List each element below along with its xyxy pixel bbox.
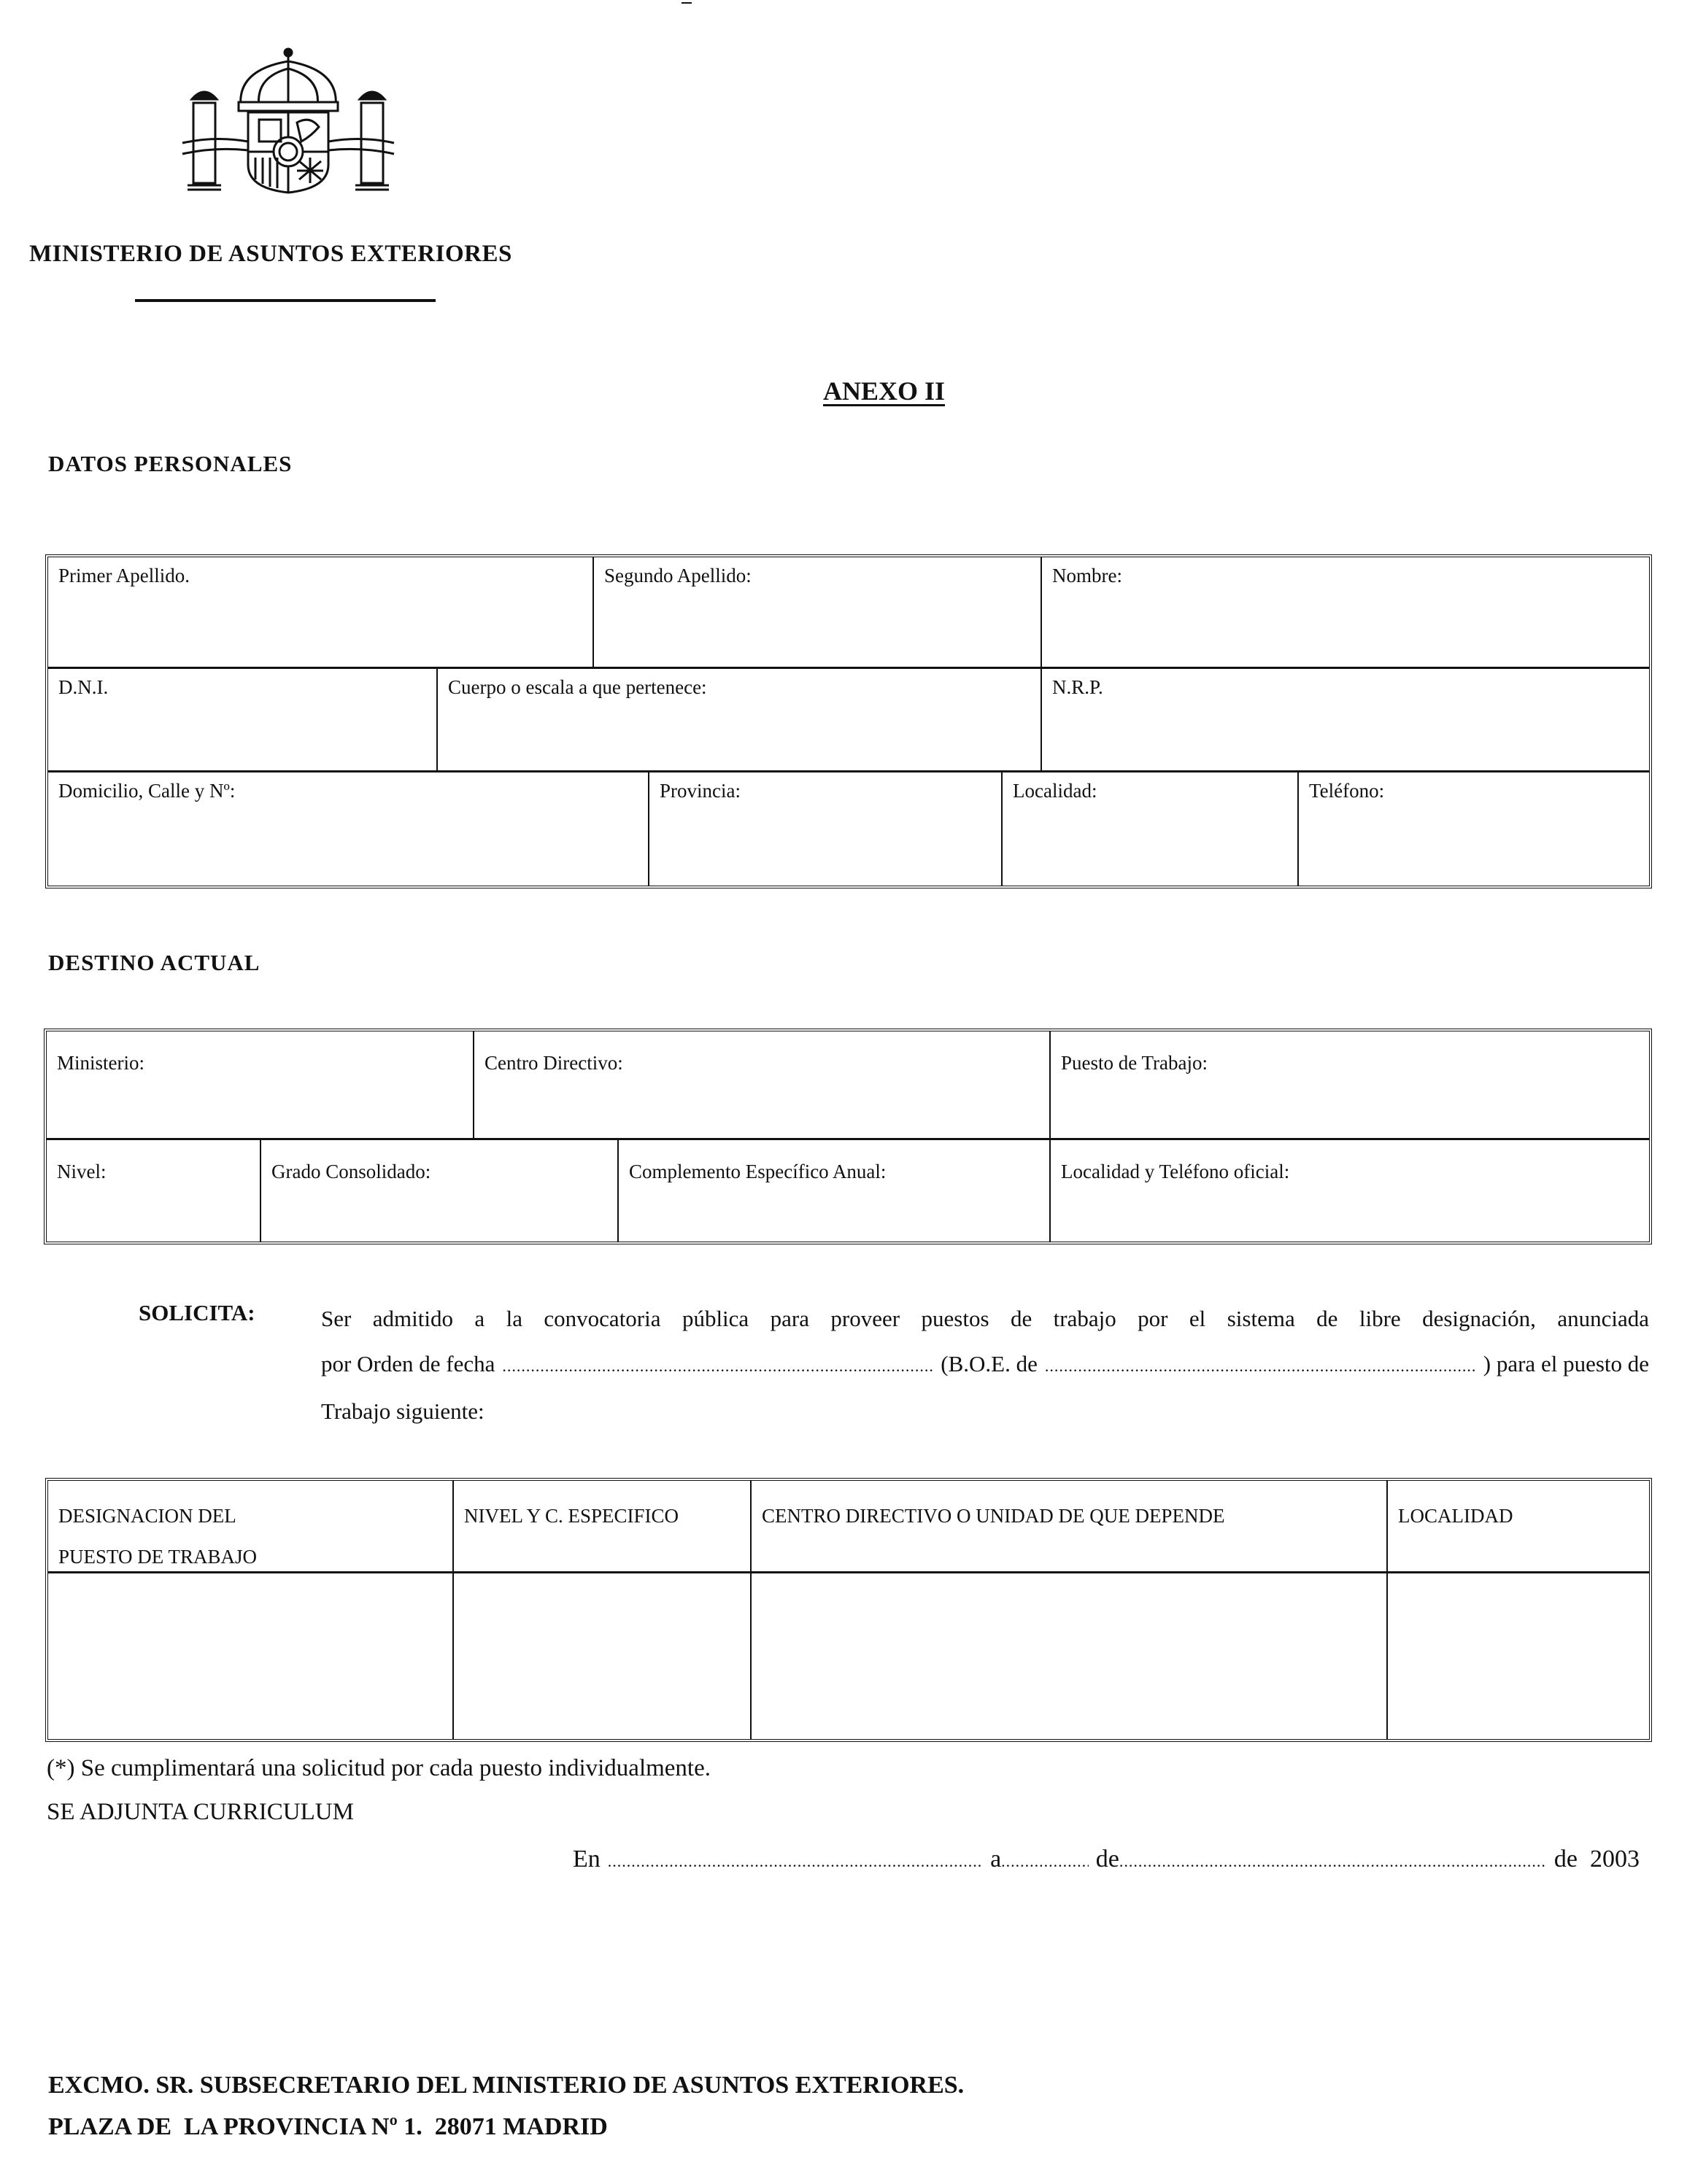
field-puesto-trabajo[interactable]: Puesto de Trabajo: (1049, 1031, 1649, 1138)
header-text: DESIGNACION DEL (58, 1495, 442, 1536)
field-label: D.N.I. (58, 676, 108, 698)
date-line: En .....................................… (573, 1846, 1640, 1873)
orden-fecha-label: por Orden de fecha (321, 1341, 495, 1387)
day-blank[interactable]: ........................................… (1001, 1852, 1089, 1871)
field-label: Ministerio: (57, 1052, 144, 1074)
field-provincia[interactable]: Provincia: (648, 770, 1001, 886)
header-text: NIVEL Y C. ESPECIFICO (464, 1505, 679, 1527)
field-label: Provincia: (660, 780, 741, 802)
header-text: CENTRO DIRECTIVO O UNIDAD DE QUE DEPENDE (762, 1505, 1224, 1527)
header-centro-directivo: CENTRO DIRECTIVO O UNIDAD DE QUE DEPENDE (750, 1481, 1386, 1571)
input-designacion[interactable] (48, 1571, 452, 1739)
personal-data-table: Primer Apellido. Segundo Apellido: Nombr… (45, 554, 1652, 888)
solicita-label: SOLICITA: (139, 1300, 255, 1326)
orden-fecha-blank[interactable]: ........................................… (502, 1344, 933, 1389)
field-label: Localidad: (1013, 780, 1097, 802)
field-domicilio[interactable]: Domicilio, Calle y Nº: (48, 770, 648, 886)
field-label: Localidad y Teléfono oficial: (1061, 1161, 1289, 1182)
boe-label: (B.O.E. de (941, 1341, 1038, 1387)
place-blank[interactable]: ........................................… (608, 1852, 983, 1871)
field-dni[interactable]: D.N.I. (48, 667, 436, 770)
solicita-paragraph: Ser admitido a la convocatoria pública p… (321, 1296, 1649, 1434)
boe-date-blank[interactable]: ........................................… (1045, 1344, 1476, 1389)
solicita-line-3: Trabajo siguiente: (321, 1389, 1649, 1434)
footnote: (*) Se cumplimentará una solicitud por c… (47, 1755, 711, 1782)
field-label: Cuerpo o escala a que pertenece: (448, 676, 707, 698)
solicita-line-1: Ser admitido a la convocatoria pública p… (321, 1296, 1649, 1341)
field-label: Grado Consolidado: (271, 1161, 431, 1182)
field-grado-consolidado[interactable]: Grado Consolidado: (260, 1138, 617, 1242)
field-label: Domicilio, Calle y Nº: (58, 780, 235, 802)
field-segundo-apellido[interactable]: Segundo Apellido: (592, 557, 1041, 667)
scan-mark (682, 2, 692, 4)
field-label: Nombre: (1052, 565, 1122, 586)
field-label: Complemento Específico Anual: (629, 1161, 886, 1182)
field-complemento-especifico[interactable]: Complemento Específico Anual: (617, 1138, 1049, 1242)
attachment-note: SE ADJUNTA CURRICULUM (47, 1799, 354, 1826)
date-en-label: En (573, 1846, 601, 1873)
field-localidad-telefono-oficial[interactable]: Localidad y Teléfono oficial: (1049, 1138, 1649, 1242)
ministry-name: MINISTERIO DE ASUNTOS EXTERIORES (29, 241, 512, 268)
input-localidad[interactable] (1386, 1571, 1649, 1739)
date-year-label: de 2003 (1554, 1846, 1640, 1873)
coat-of-arms-icon (179, 26, 398, 195)
field-primer-apellido[interactable]: Primer Apellido. (48, 557, 592, 667)
addressee-address: PLAZA DE LA PROVINCIA Nº 1. 28071 MADRID (48, 2113, 608, 2141)
date-de-label: de (1096, 1846, 1119, 1873)
header-localidad: LOCALIDAD (1386, 1481, 1649, 1571)
annex-title: ANEXO II (823, 376, 945, 406)
field-localidad[interactable]: Localidad: (1001, 770, 1297, 886)
field-centro-directivo[interactable]: Centro Directivo: (473, 1031, 1049, 1138)
input-centro-directivo[interactable] (750, 1571, 1386, 1739)
field-cuerpo-escala[interactable]: Cuerpo o escala a que pertenece: (436, 667, 1041, 770)
field-nombre[interactable]: Nombre: (1041, 557, 1649, 667)
addressee-title: EXCMO. SR. SUBSECRETARIO DEL MINISTERIO … (48, 2072, 964, 2099)
header-nivel: NIVEL Y C. ESPECIFICO (452, 1481, 750, 1571)
current-post-table: Ministerio: Centro Directivo: Puesto de … (44, 1029, 1652, 1244)
solicita-line-2: por Orden de fecha .....................… (321, 1341, 1649, 1389)
month-blank[interactable]: ........................................… (1119, 1852, 1547, 1871)
field-label: Primer Apellido. (58, 565, 190, 586)
ministry-underline (135, 299, 436, 302)
field-label: Teléfono: (1309, 780, 1384, 802)
header-text: LOCALIDAD (1398, 1505, 1513, 1527)
section-title-datos-personales: DATOS PERSONALES (48, 451, 292, 477)
field-telefono[interactable]: Teléfono: (1297, 770, 1649, 886)
header-designacion: DESIGNACION DEL PUESTO DE TRABAJO (48, 1481, 452, 1571)
section-title-destino-actual: DESTINO ACTUAL (48, 950, 260, 976)
requested-post-table: DESIGNACION DEL PUESTO DE TRABAJO NIVEL … (45, 1478, 1652, 1742)
input-nivel[interactable] (452, 1571, 750, 1739)
field-nrp[interactable]: N.R.P. (1041, 667, 1649, 770)
field-label: N.R.P. (1052, 676, 1103, 698)
puesto-label: ) para el puesto de (1483, 1341, 1649, 1387)
field-label: Nivel: (57, 1161, 107, 1182)
field-ministerio[interactable]: Ministerio: (47, 1031, 473, 1138)
field-label: Segundo Apellido: (604, 565, 752, 586)
field-label: Centro Directivo: (485, 1052, 623, 1074)
field-nivel[interactable]: Nivel: (47, 1138, 260, 1242)
field-label: Puesto de Trabajo: (1061, 1052, 1208, 1074)
date-a-label: a (990, 1846, 1001, 1873)
